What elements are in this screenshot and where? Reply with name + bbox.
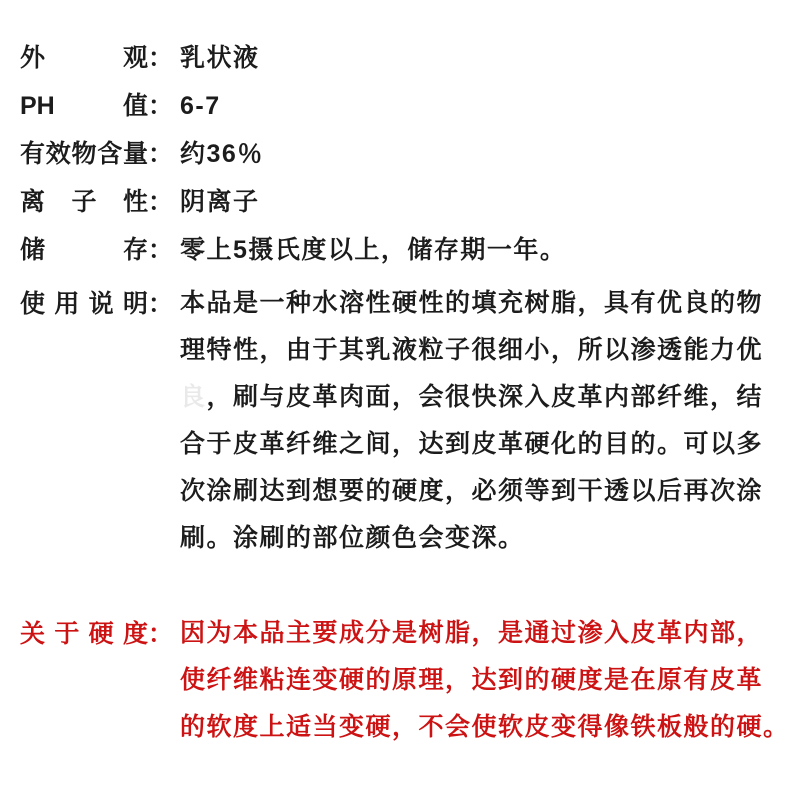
spec-row-active-content: 有效物含量 ： 约36％ <box>20 130 790 178</box>
spec-value-ph: 6-7 <box>180 82 221 130</box>
hardness-line: 使纤维粘连变硬的原理，达到的硬度是在原有皮革 <box>180 657 790 704</box>
spec-label-active-content: 有效物含量 <box>20 130 148 178</box>
spec-value-storage: 零上5摄氏度以上，储存期一年。 <box>180 226 566 274</box>
hardness-line: 因为本品主要成分是树脂，是通过渗入皮革内部， <box>180 610 790 657</box>
colon: ： <box>148 610 180 658</box>
spec-row-appearance: 外 观 ： 乳状液 <box>20 34 790 82</box>
usage-instructions-section: 使 用 说 明 ： 本品是一种水溶性硬性的填充树脂，具有优良的物 理特性，由于其… <box>20 280 790 562</box>
spec-value-active-content: 约36％ <box>180 130 264 178</box>
colon: ： <box>148 178 180 226</box>
spec-label-storage: 储 存 <box>20 226 148 274</box>
colon: ： <box>148 82 180 130</box>
hardness-text: 因为本品主要成分是树脂，是通过渗入皮革内部， 使纤维粘连变硬的原理，达到的硬度是… <box>180 610 790 751</box>
hardness-line: 的软度上适当变硬，不会使软皮变得像铁板般的硬。 <box>180 704 790 751</box>
spec-label-appearance: 外 观 <box>20 34 148 82</box>
hardness-label: 关 于 硬 度 <box>20 610 148 658</box>
product-spec-document: 外 观 ： 乳状液 PH 值 ： 6-7 有效物含量 ： 约36％ 离 子 性 … <box>0 0 800 800</box>
usage-line: 次涂刷达到想要的硬度，必须等到干透以后再次涂 <box>180 468 763 515</box>
colon: ： <box>148 226 180 274</box>
spec-value-ionicity: 阴离子 <box>180 178 260 226</box>
spec-label-ph: PH 值 <box>20 82 148 130</box>
colon: ： <box>148 280 180 328</box>
spec-row-ph: PH 值 ： 6-7 <box>20 82 790 130</box>
usage-line: 良，刷与皮革肉面，会很快深入皮革内部纤维，结 <box>180 374 763 421</box>
usage-line: 本品是一种水溶性硬性的填充树脂，具有优良的物 <box>180 280 763 327</box>
usage-line: 理特性，由于其乳液粒子很细小，所以渗透能力优 <box>180 327 763 374</box>
usage-label: 使 用 说 明 <box>20 280 148 328</box>
spec-row-ionicity: 离 子 性 ： 阴离子 <box>20 178 790 226</box>
spec-value-appearance: 乳状液 <box>180 34 260 82</box>
colon: ： <box>148 130 180 178</box>
usage-text: 本品是一种水溶性硬性的填充树脂，具有优良的物 理特性，由于其乳液粒子很细小，所以… <box>180 280 763 562</box>
usage-line: 刷。涂刷的部位颜色会变深。 <box>180 515 763 562</box>
hardness-note-section: 关 于 硬 度 ： 因为本品主要成分是树脂，是通过渗入皮革内部， 使纤维粘连变硬… <box>20 610 790 751</box>
spec-row-storage: 储 存 ： 零上5摄氏度以上，储存期一年。 <box>20 226 790 274</box>
spec-label-ionicity: 离 子 性 <box>20 178 148 226</box>
faded-character: 良 <box>180 383 207 411</box>
usage-line: 合于皮革纤维之间，达到皮革硬化的目的。可以多 <box>180 421 763 468</box>
colon: ： <box>148 34 180 82</box>
